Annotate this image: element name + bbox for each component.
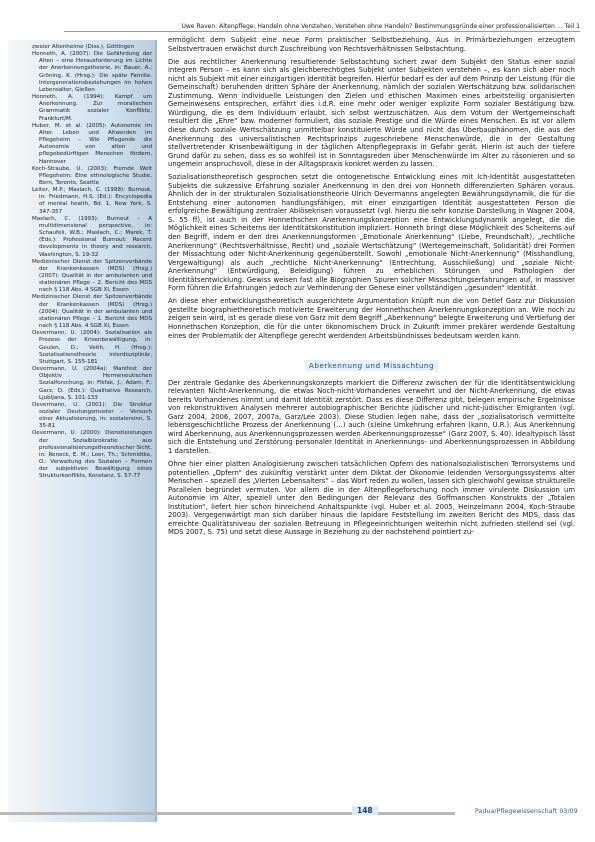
reference-item: Koch-Straube, U. (2003): Fremde Welt Pfl… <box>32 166 152 187</box>
reference-item: Huber, M. et al. (2005): Autonomie im Al… <box>32 123 152 166</box>
reference-item: Oevermann, U. (2004a): Manifest der Obje… <box>32 366 152 402</box>
footer-rule <box>0 812 455 815</box>
reference-item: Maslach, C. (1993): Burnout – A multidim… <box>32 216 152 259</box>
main-text-column: ermöglicht dem Subjekt eine neue Form pr… <box>168 36 575 541</box>
journal-name: Padua/Pflegewissenschaft 03/09 <box>475 808 578 815</box>
reference-item: Leiter, M.P.; Maslach, C. (1998): Burnou… <box>32 187 152 216</box>
sidebar-divider <box>155 40 157 822</box>
body-paragraph: Ohne hier einer platten Analogisierung z… <box>168 460 575 537</box>
body-paragraph: Der zentrale Gedanke des Aberkennungskon… <box>168 379 575 456</box>
reference-item: Medizinischer Dienst der Spitzenverbände… <box>32 294 152 330</box>
reference-item: Oevermann, U. (2001): Die Struktur sozia… <box>32 402 152 431</box>
reference-item: zweier Altenheime (Diss.), Göttingen <box>32 44 152 51</box>
reference-item: Oevermann, U. (2004): Sozialisation als … <box>32 330 152 366</box>
body-paragraph: Sozialisationstheoretisch gesprochen set… <box>168 173 575 293</box>
reference-item: Medizinischer Dienst der Spitzenverbände… <box>32 259 152 295</box>
body-paragraph: ermöglicht dem Subjekt eine neue Form pr… <box>168 36 575 53</box>
section-heading: Aberkennung und Missachtung <box>168 362 575 371</box>
reference-item: Honneth, A. (1994): Kampf um Anerkennung… <box>32 94 152 123</box>
reference-item: Honneth, A. (2007): Die Gefährdung der A… <box>32 51 152 94</box>
body-paragraph: An diese eher entwicklungstheoretisch au… <box>168 297 575 340</box>
page-number: 148 <box>352 806 378 815</box>
body-paragraph: Die aus rechtlicher Anerkennung resultie… <box>168 58 575 169</box>
reference-item: Oevermann, U. (2000): Dienstleistungen d… <box>32 430 152 480</box>
reference-list: zweier Altenheime (Diss.), Göttingen Hon… <box>32 44 152 481</box>
running-head: Uwe Raven: Altenpflege: Handeln ohne Ver… <box>64 23 580 32</box>
section-heading-text: Aberkennung und Missachtung <box>305 360 438 371</box>
